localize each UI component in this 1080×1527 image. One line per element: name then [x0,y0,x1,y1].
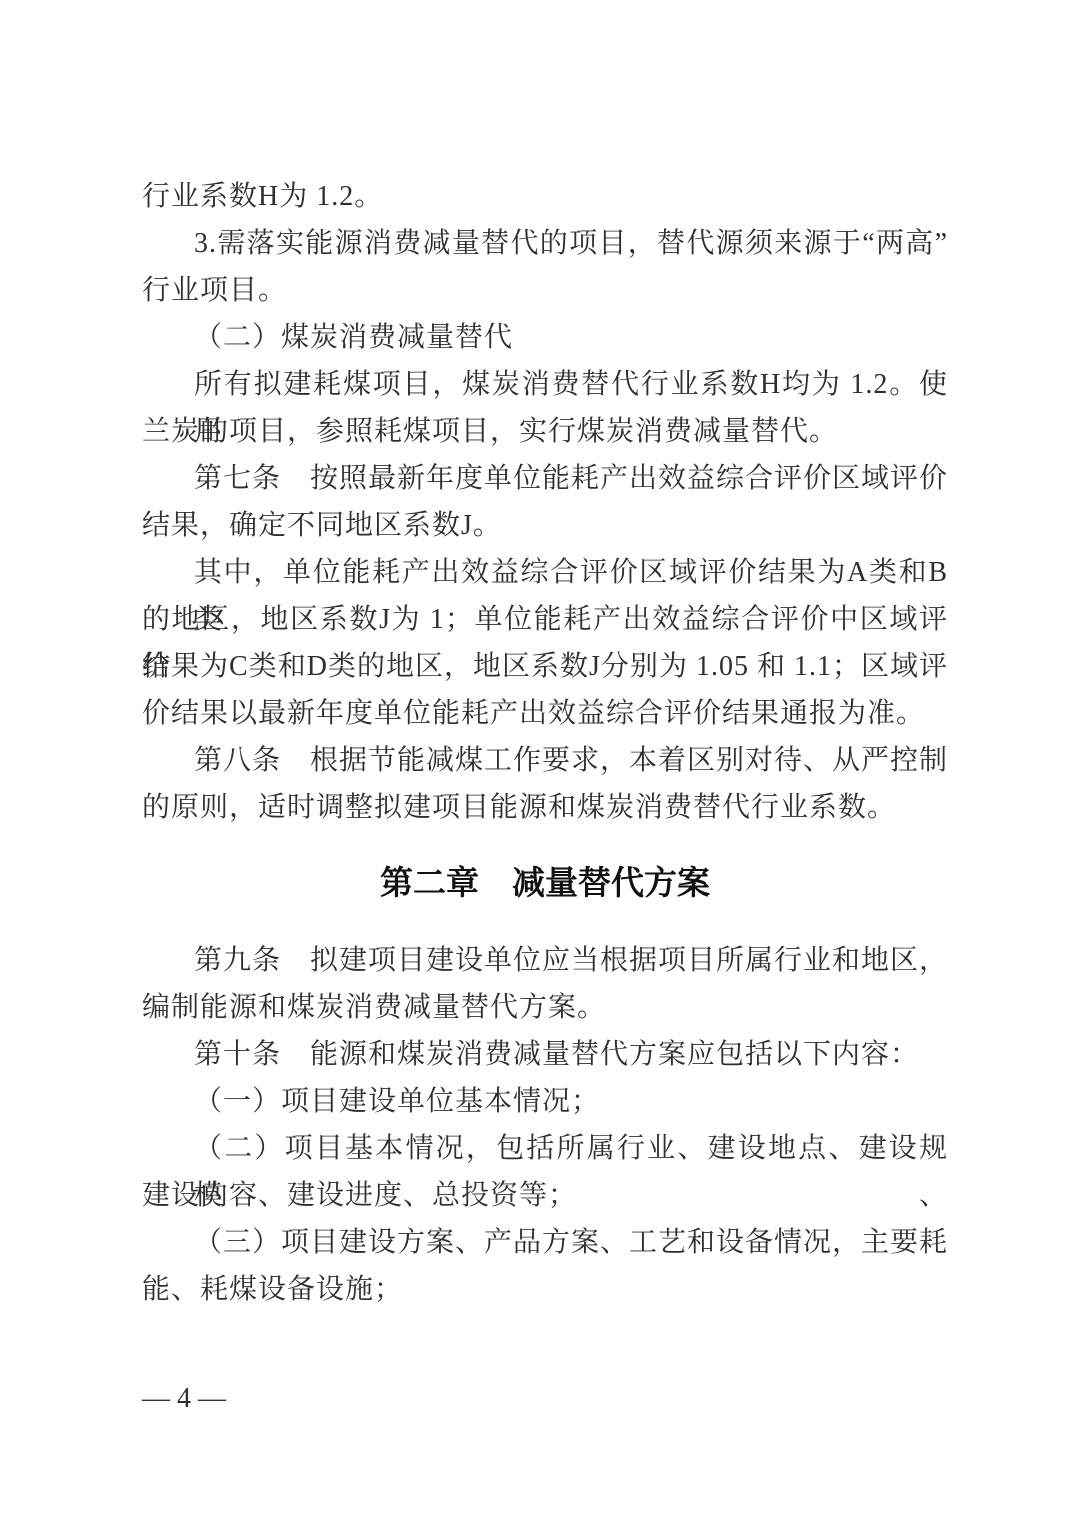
text-line: （三）项目建设方案、产品方案、工艺和设备情况，主要耗 [142,1219,948,1266]
paragraph: （一）项目建设单位基本情况； [142,1078,948,1125]
text-line: （一）项目建设单位基本情况； [142,1078,948,1125]
paragraph: 3.需落实能源消费减量替代的项目，替代源须来源于“两高” 行业项目。 [142,220,948,314]
document-body: 行业系数H为 1.2。 3.需落实能源消费减量替代的项目，替代源须来源于“两高”… [142,173,948,1313]
chapter-heading: 第二章 减量替代方案 [142,859,948,906]
page-number: — 4 — [142,1383,226,1414]
text-line: 第十条 能源和煤炭消费减量替代方案应包括以下内容： [142,1031,948,1078]
text-line: 行业项目。 [142,267,948,314]
text-line: （二）项目基本情况，包括所属行业、建设地点、建设规模、 [142,1125,948,1172]
paragraph: 第七条 按照最新年度单位能耗产出效益综合评价区域评价 结果，确定不同地区系数J。 [142,455,948,549]
text-line: 结果为C类和D类的地区，地区系数J分别为 1.05 和 1.1；区域评 [142,643,948,690]
text-line: 价结果以最新年度单位能耗产出效益综合评价结果通报为准。 [142,690,948,737]
document-page: 行业系数H为 1.2。 3.需落实能源消费减量替代的项目，替代源须来源于“两高”… [0,0,1080,1527]
paragraph: 第十条 能源和煤炭消费减量替代方案应包括以下内容： [142,1031,948,1078]
text-line: 结果，确定不同地区系数J。 [142,502,948,549]
paragraph: （二）项目基本情况，包括所属行业、建设地点、建设规模、 建设内容、建设进度、总投… [142,1125,948,1219]
paragraph: （二）煤炭消费减量替代 [142,314,948,361]
paragraph: 行业系数H为 1.2。 [142,173,948,220]
text-line: 所有拟建耗煤项目，煤炭消费替代行业系数H均为 1.2。使用 [142,361,948,408]
text-line: 兰炭的项目，参照耗煤项目，实行煤炭消费减量替代。 [142,408,948,455]
text-line: 3.需落实能源消费减量替代的项目，替代源须来源于“两高” [142,220,948,267]
text-line: 能、耗煤设备设施； [142,1266,948,1313]
paragraph: （三）项目建设方案、产品方案、工艺和设备情况，主要耗 能、耗煤设备设施； [142,1219,948,1313]
text-line: 第七条 按照最新年度单位能耗产出效益综合评价区域评价 [142,455,948,502]
text-line: 行业系数H为 1.2。 [142,173,948,220]
page-footer: — 4 — [142,1375,226,1422]
text-line: 第八条 根据节能减煤工作要求，本着区别对待、从严控制 [142,737,948,784]
text-line: 的原则，适时调整拟建项目能源和煤炭消费替代行业系数。 [142,784,948,831]
text-line: 其中，单位能耗产出效益综合评价区域评价结果为A类和B类 [142,549,948,596]
paragraph: 其中，单位能耗产出效益综合评价区域评价结果为A类和B类 的地区，地区系数J为 1… [142,549,948,737]
paragraph: 所有拟建耗煤项目，煤炭消费替代行业系数H均为 1.2。使用 兰炭的项目，参照耗煤… [142,361,948,455]
text-line: 第九条 拟建项目建设单位应当根据项目所属行业和地区， [142,937,948,984]
text-line: 的地区，地区系数J为 1；单位能耗产出效益综合评价中区域评价 [142,596,948,643]
text-line: 编制能源和煤炭消费减量替代方案。 [142,984,948,1031]
text-line: （二）煤炭消费减量替代 [142,314,948,361]
paragraph: 第八条 根据节能减煤工作要求，本着区别对待、从严控制 的原则，适时调整拟建项目能… [142,737,948,831]
paragraph: 第九条 拟建项目建设单位应当根据项目所属行业和地区， 编制能源和煤炭消费减量替代… [142,937,948,1031]
